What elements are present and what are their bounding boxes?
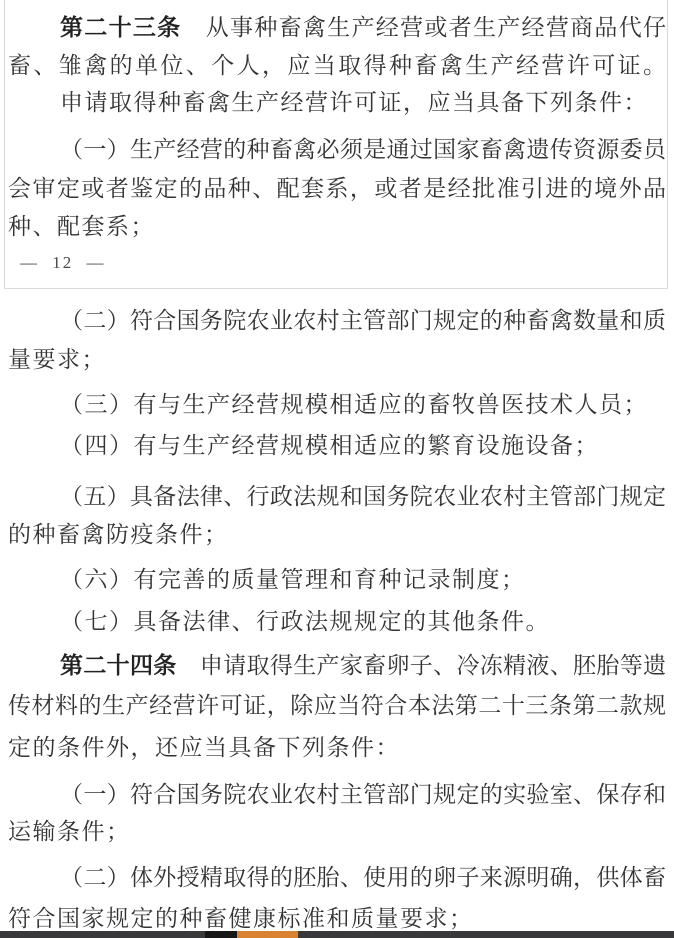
text-line: 传材料的生产经营许可证，除应当符合本法第二十三条第二款规 xyxy=(8,691,666,722)
text-line: 定的条件外，还应当具备下列条件： xyxy=(8,733,666,764)
article-24-number: 第二十四条 xyxy=(60,653,177,678)
text-run: 从事种畜禽生产经营或者生产经营商品代仔 xyxy=(181,15,666,40)
text-line: （三）有与生产经营规模相适应的畜牧兽医技术人员； xyxy=(8,390,666,421)
text-line: （五）具备法律、行政法规和国务院农业农村主管部门规定 xyxy=(8,482,666,513)
text-line: 的种畜禽防疫条件； xyxy=(8,520,666,551)
text-line: （二）符合国务院农业农村主管部门规定的种畜禽数量和质 xyxy=(8,306,666,337)
taskbar-segment-black[interactable] xyxy=(205,931,237,938)
text-line: 量要求； xyxy=(8,345,666,376)
document-viewport: 第二十三条 从事种畜禽生产经营或者生产经营商品代仔 畜、雏禽的单位、个人，应当取… xyxy=(0,0,674,938)
text-line: 运输条件； xyxy=(8,817,666,848)
page-number-label: — 12 — xyxy=(20,253,106,273)
article-23-number: 第二十三条 xyxy=(60,15,181,40)
text-line: （六）有完善的质量管理和育种记录制度； xyxy=(8,565,666,596)
text-line: 申请取得种畜禽生产经营许可证，应当具备下列条件： xyxy=(8,88,666,119)
text-line: （一）符合国务院农业农村主管部门规定的实验室、保存和 xyxy=(8,780,666,811)
text-line: （四）有与生产经营规模相适应的繁育设施设备； xyxy=(8,431,666,462)
text-line: （一）生产经营的种畜禽必须是通过国家畜禽遗传资源委员 xyxy=(8,135,666,166)
text-line: （二）体外授精取得的胚胎、使用的卵子来源明确，供体畜 xyxy=(8,863,666,894)
text-line: 畜、雏禽的单位、个人，应当取得种畜禽生产经营许可证。 xyxy=(8,51,666,82)
text-line: 第二十四条 申请取得生产家畜卵子、冷冻精液、胚胎等遗 xyxy=(8,651,666,682)
taskbar-strip xyxy=(0,931,674,938)
taskbar-segment-orange[interactable] xyxy=(237,931,298,938)
text-line: （七）具备法律、行政法规规定的其他条件。 xyxy=(8,607,666,638)
text-line: 会审定或者鉴定的品种、配套系，或者是经批准引进的境外品 xyxy=(8,174,666,205)
text-line: 第二十三条 从事种畜禽生产经营或者生产经营商品代仔 xyxy=(8,13,666,44)
text-line: 种、配套系； xyxy=(8,212,666,243)
text-run: 申请取得生产家畜卵子、冷冻精液、胚胎等遗 xyxy=(177,653,666,678)
